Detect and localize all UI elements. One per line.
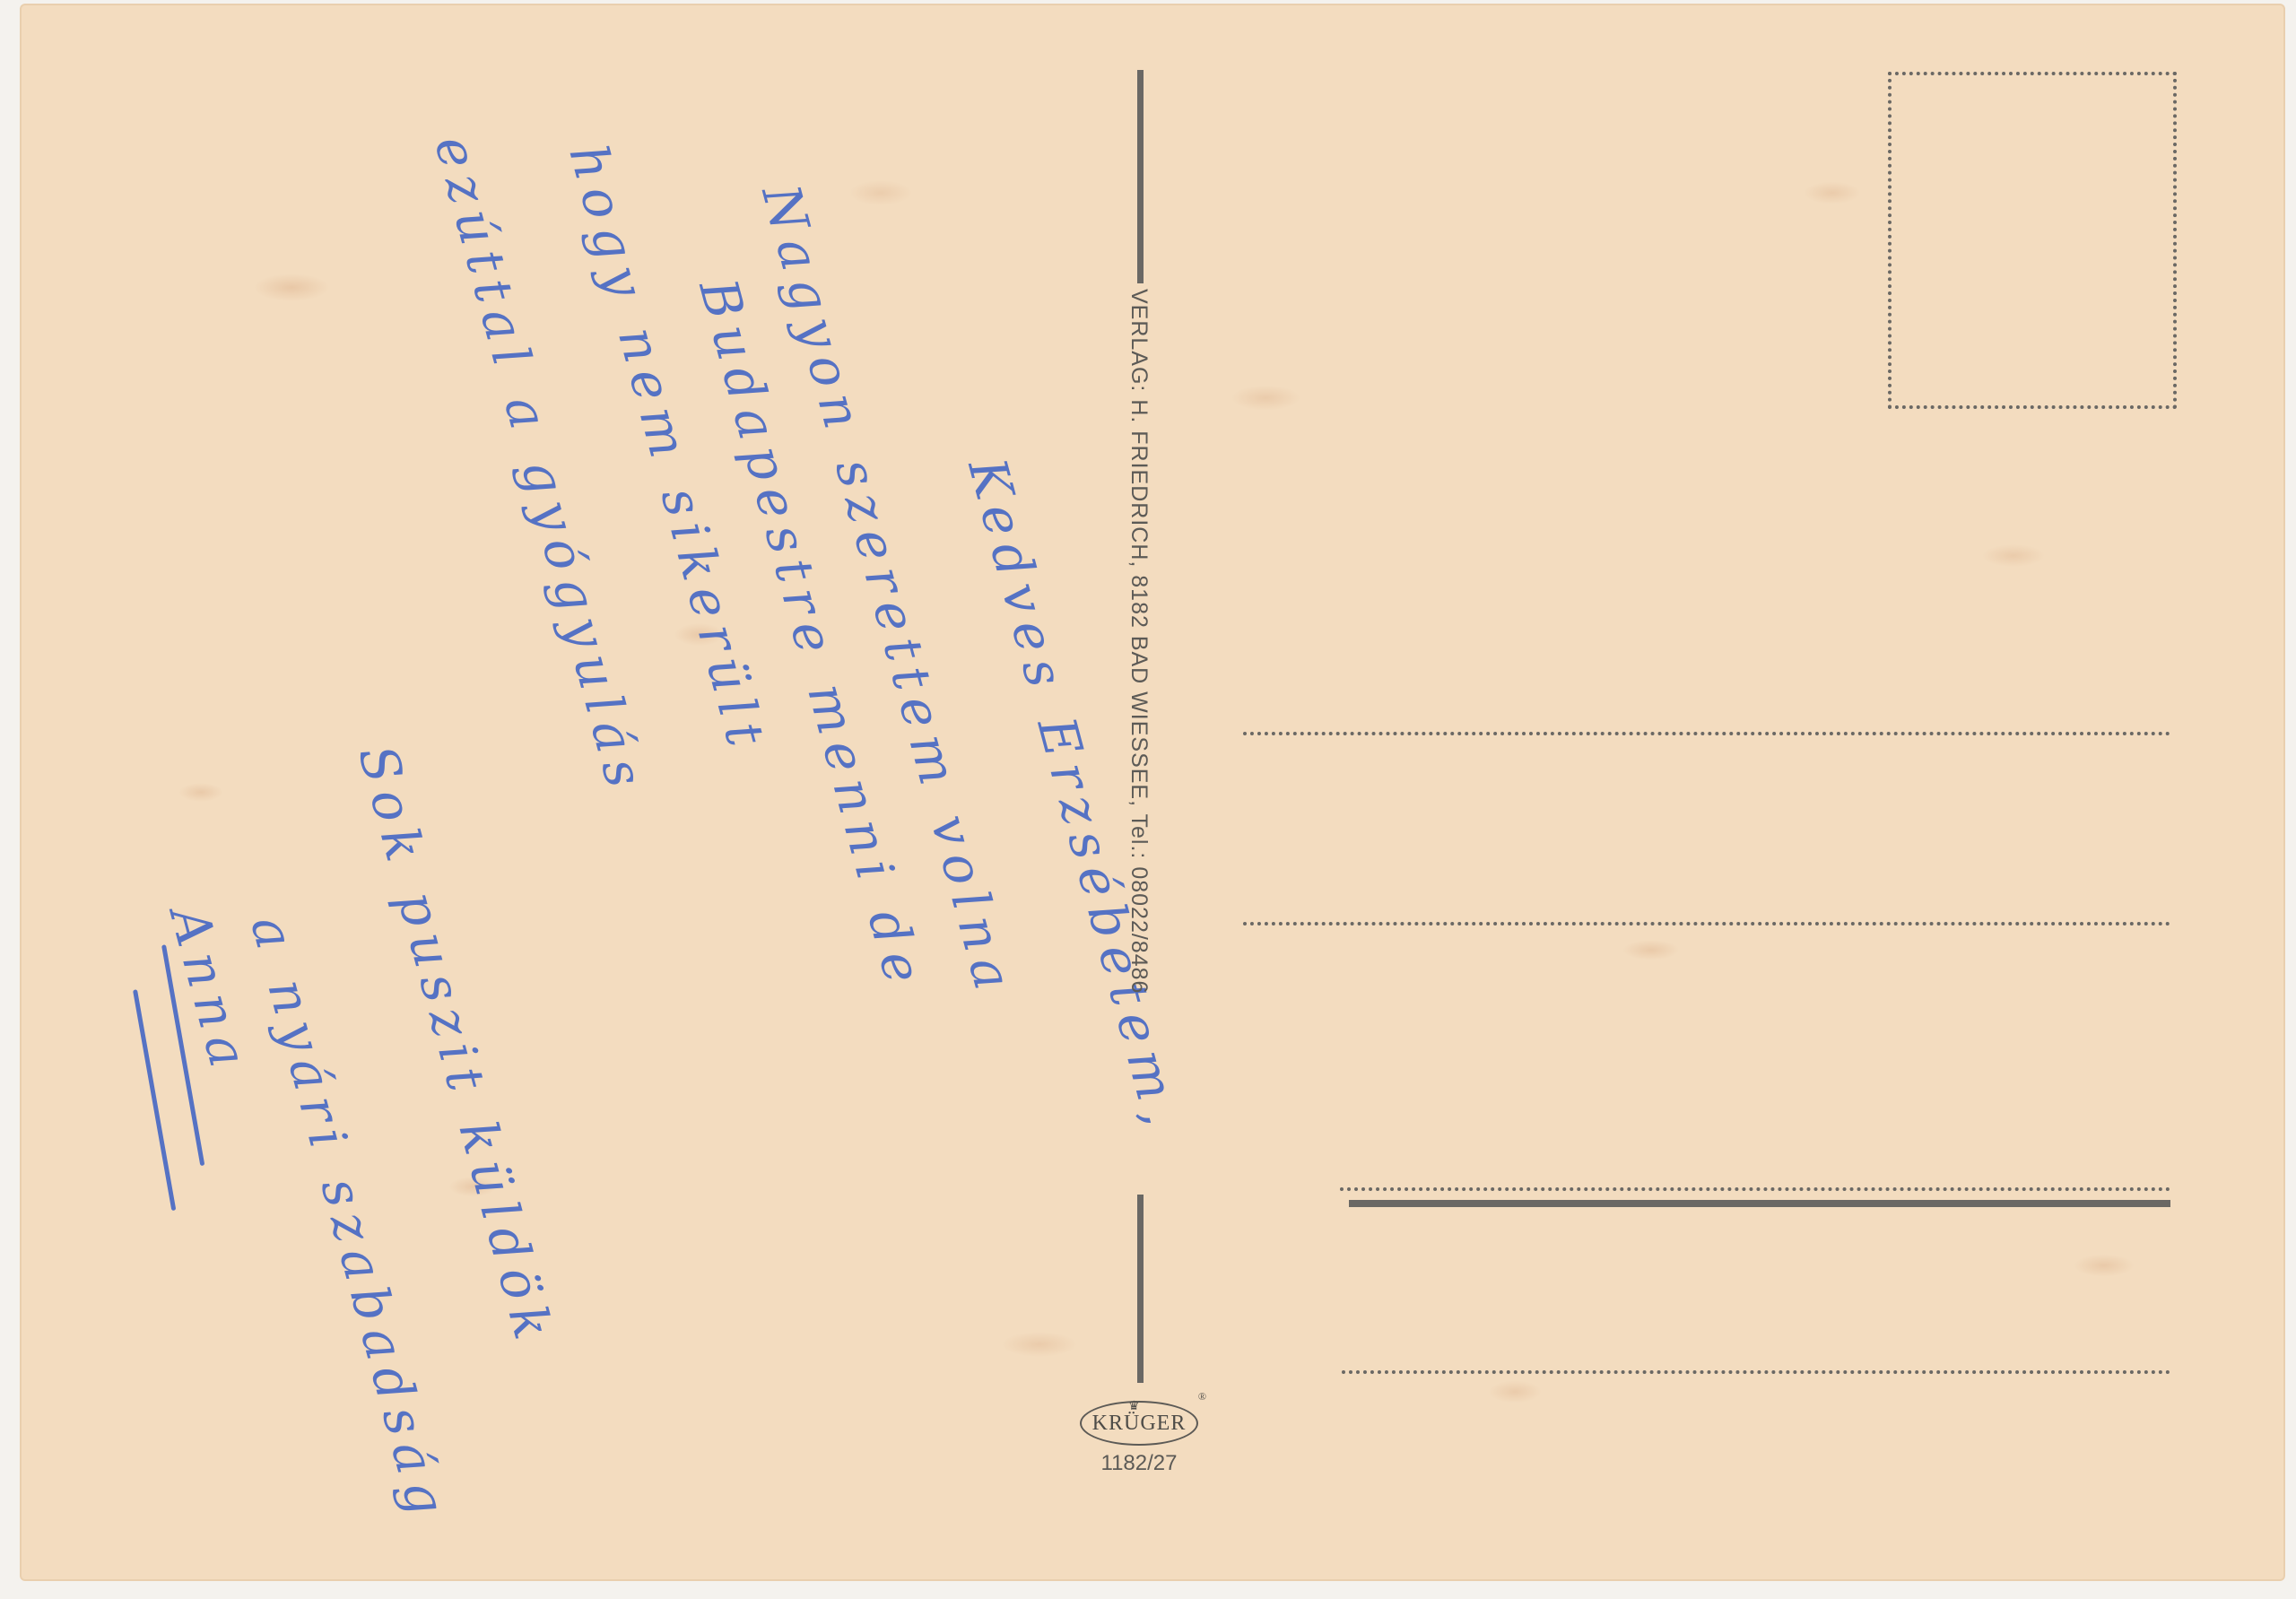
logo-text: KRÜGER (1092, 1412, 1187, 1436)
kruger-logo: ♛ KRÜGER ® (1080, 1401, 1198, 1446)
publisher-imprint: VERLAG: H. FRIEDRICH, 8182 BAD WIESSEE, … (1126, 289, 1152, 994)
divider-top (1137, 70, 1144, 283)
handwritten-line: Kedves Erzsébetem, (956, 452, 1195, 1140)
catalog-number: 1182/27 (1076, 1451, 1202, 1476)
registered-mark: ® (1198, 1390, 1207, 1403)
stamp-box (1888, 72, 2177, 409)
address-line-3 (1340, 1187, 2170, 1191)
address-underline-bar (1349, 1200, 2170, 1207)
signature-underline (133, 989, 176, 1211)
crown-icon: ♛ (1128, 1399, 1141, 1414)
address-line-1 (1243, 732, 2170, 735)
address-line-2 (1243, 922, 2170, 926)
divider-bottom (1137, 1195, 1144, 1383)
address-line-4 (1342, 1370, 2170, 1374)
